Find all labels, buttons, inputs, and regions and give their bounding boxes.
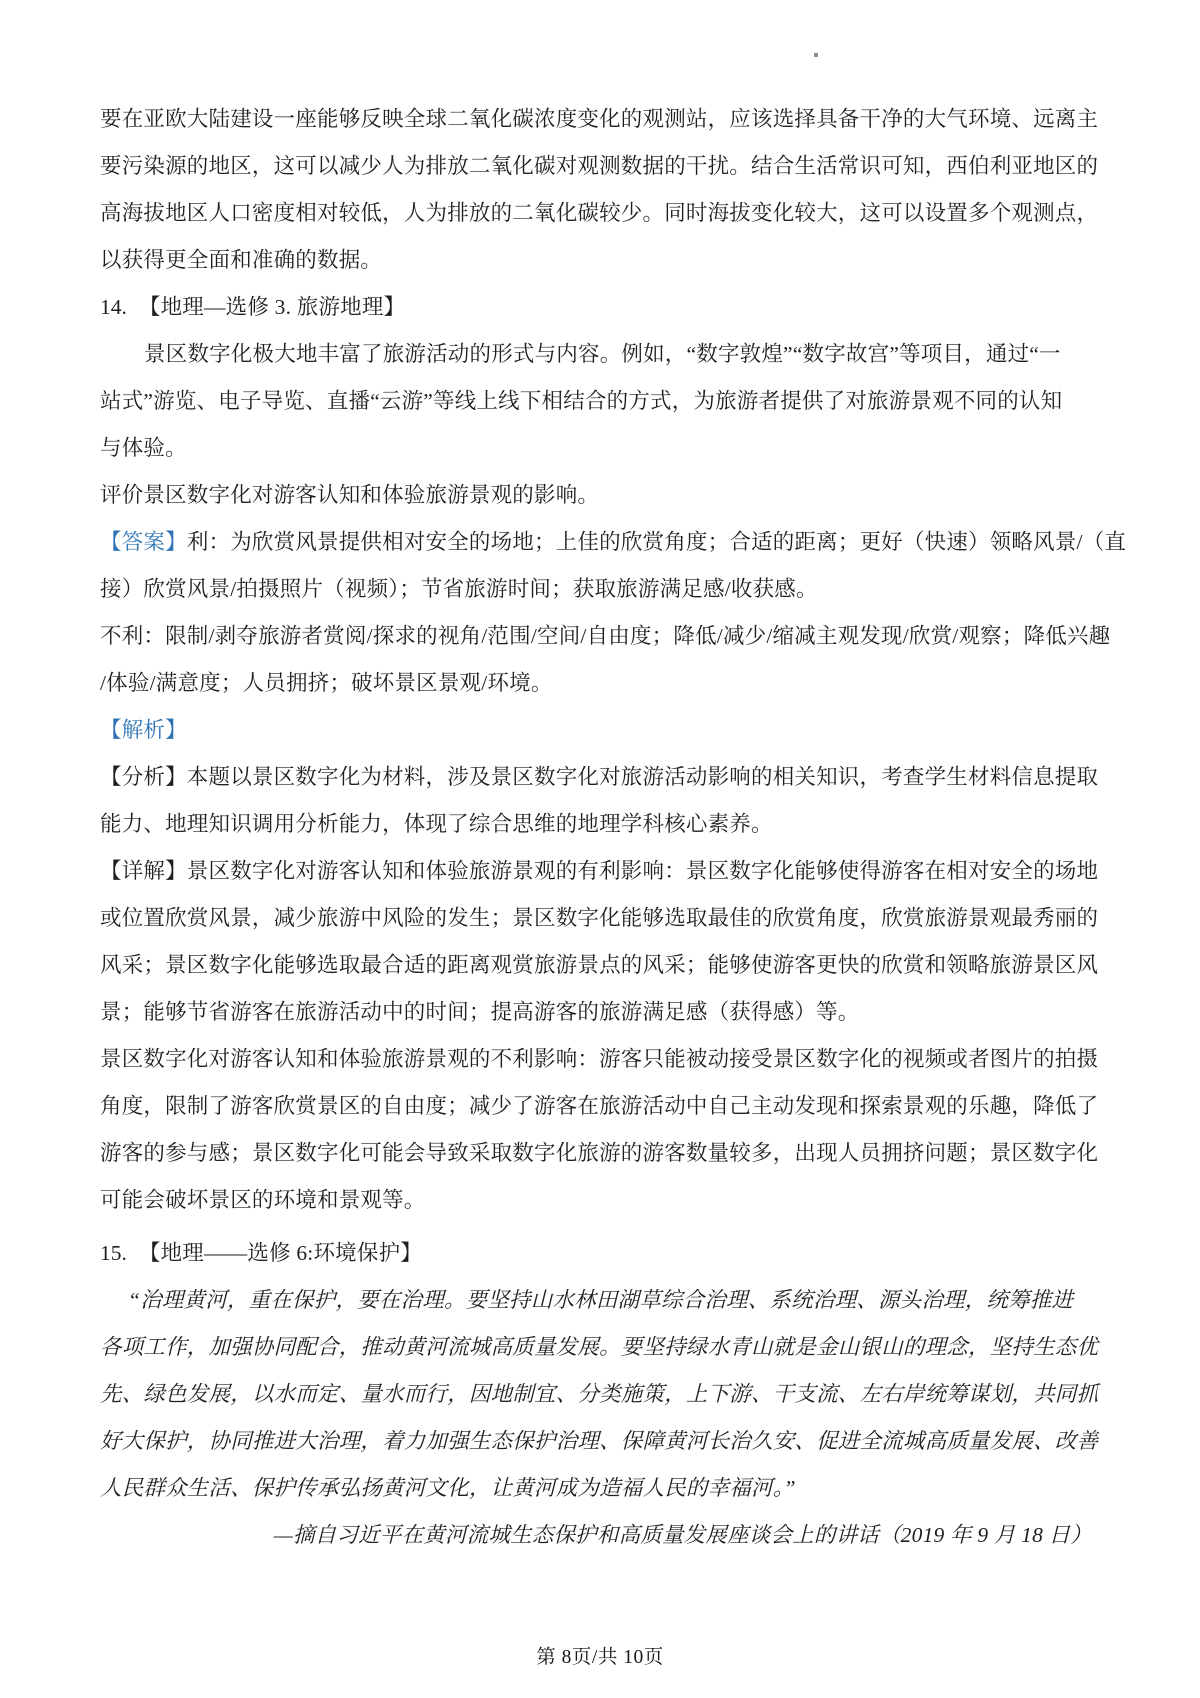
text-line: 接）欣赏风景/拍摄照片（视频）；节省旅游时间；获取旅游满足感/收获感。	[100, 566, 1106, 613]
text-line: 不利：限制/剥夺旅游者赏阅/探求的视角/范围/空间/自由度；降低/减少/缩减主观…	[100, 613, 1106, 660]
text-line: 可能会破坏景区的环境和景观等。	[100, 1177, 1106, 1224]
quote-attribution: —摘自习近平在黄河流城生态保护和高质量发展座谈会上的讲话（2019 年 9 月 …	[100, 1512, 1106, 1559]
question-15-section: 15.【地理——选修 6:环境保护】 “治理黄河，重在保护，要在治理。要坚持山水…	[100, 1230, 1106, 1559]
quote-line: 好大保护，协同推进大治理，着力加强生态保护治理、保障黄河长治久安、促进全流城高质…	[100, 1418, 1106, 1465]
text-line: 【详解】景区数字化对游客认知和体验旅游景观的有利影响：景区数字化能够使得游客在相…	[100, 848, 1106, 895]
text-line: 景区数字化极大地丰富了旅游活动的形式与内容。例如，“数字敦煌”“数字故宫”等项目…	[100, 331, 1106, 378]
quote-line: “治理黄河，重在保护，要在治理。要坚持山水林田湖草综合治理、系统治理、源头治理，…	[100, 1277, 1106, 1324]
text-line: 要污染源的地区，这可以减少人为排放二氧化碳对观测数据的干扰。结合生活常识可知，西…	[100, 143, 1106, 190]
text-line: 高海拔地区人口密度相对较低，人为排放的二氧化碳较少。同时海拔变化较大，这可以设置…	[100, 190, 1106, 237]
text-line: 风采；景区数字化能够选取最合适的距离观赏旅游景点的风采；能够使游客更快的欣赏和领…	[100, 942, 1106, 989]
page-content: 要在亚欧大陆建设一座能够反映全球二氧化碳浓度变化的观测站，应该选择具备干净的大气…	[100, 96, 1106, 1559]
answer-text: 利：为欣赏风景提供相对安全的场地；上佳的欣赏角度；合适的距离；更好（快速）领略风…	[187, 530, 1126, 554]
text-line: 或位置欣赏风景，减少旅游中风险的发生；景区数字化能够选取最佳的欣赏角度，欣赏旅游…	[100, 895, 1106, 942]
page-number-indicator: 第 8页/共 10页	[0, 1641, 1200, 1669]
text-line: /体验/满意度；人员拥挤；破坏景区景观/环境。	[100, 660, 1106, 707]
quote-line: 先、绿色发展，以水而定、量水而行，因地制宜、分类施策，上下游、干支流、左右岸统筹…	[100, 1371, 1106, 1418]
text-line: 角度，限制了游客欣赏景区的自由度；减少了游客在旅游活动中自己主动发现和探索景观的…	[100, 1083, 1106, 1130]
text-line: 景；能够节省游客在旅游活动中的时间；提高游客的旅游满足感（获得感）等。	[100, 989, 1106, 1036]
question-number: 14.	[100, 295, 127, 319]
analysis-label: 【解析】	[100, 718, 187, 742]
text-line: 景区数字化对游客认知和体验旅游景观的不利影响：游客只能被动接受景区数字化的视频或…	[100, 1036, 1106, 1083]
text-line: 能力、地理知识调用分析能力，体现了综合思维的地理学科核心素养。	[100, 801, 1106, 848]
text-line: 站式”游览、电子导览、直播“云游”等线上线下相结合的方式，为旅游者提供了对旅游景…	[100, 378, 1106, 425]
quote-line: 各项工作，加强协同配合，推动黄河流城高质量发展。要坚持绿水青山就是金山银山的理念…	[100, 1324, 1106, 1371]
text-line: 以获得更全面和准确的数据。	[100, 237, 1106, 284]
question-text: 评价景区数字化对游客认知和体验旅游景观的影响。	[100, 472, 1106, 519]
text-line: 【分析】本题以景区数字化为材料，涉及景区数字化对旅游活动影响的相关知识，考查学生…	[100, 754, 1106, 801]
quote-line: 人民群众生活、保护传承弘扬黄河文化，让黄河成为造福人民的幸福河。”	[100, 1465, 1106, 1512]
question-number: 15.	[100, 1241, 127, 1265]
text-line: 要在亚欧大陆建设一座能够反映全球二氧化碳浓度变化的观测站，应该选择具备干净的大气…	[100, 96, 1106, 143]
stray-mark	[814, 53, 818, 57]
text-line: 与体验。	[100, 425, 1106, 472]
text-line: 【解析】	[100, 707, 1106, 754]
question-title: 【地理——选修 6:环境保护】	[139, 1241, 422, 1265]
question-14-heading: 14.【地理—选修 3. 旅游地理】	[100, 284, 1106, 331]
question-title: 【地理—选修 3. 旅游地理】	[139, 295, 405, 319]
question-15-heading: 15.【地理——选修 6:环境保护】	[100, 1230, 1106, 1277]
text-line: 【答案】利：为欣赏风景提供相对安全的场地；上佳的欣赏角度；合适的距离；更好（快速…	[100, 519, 1106, 566]
document-page: 要在亚欧大陆建设一座能够反映全球二氧化碳浓度变化的观测站，应该选择具备干净的大气…	[0, 0, 1200, 1698]
answer-label: 【答案】	[100, 530, 187, 554]
text-line: 游客的参与感；景区数字化可能会导致采取数字化旅游的游客数量较多，出现人员拥挤问题…	[100, 1130, 1106, 1177]
